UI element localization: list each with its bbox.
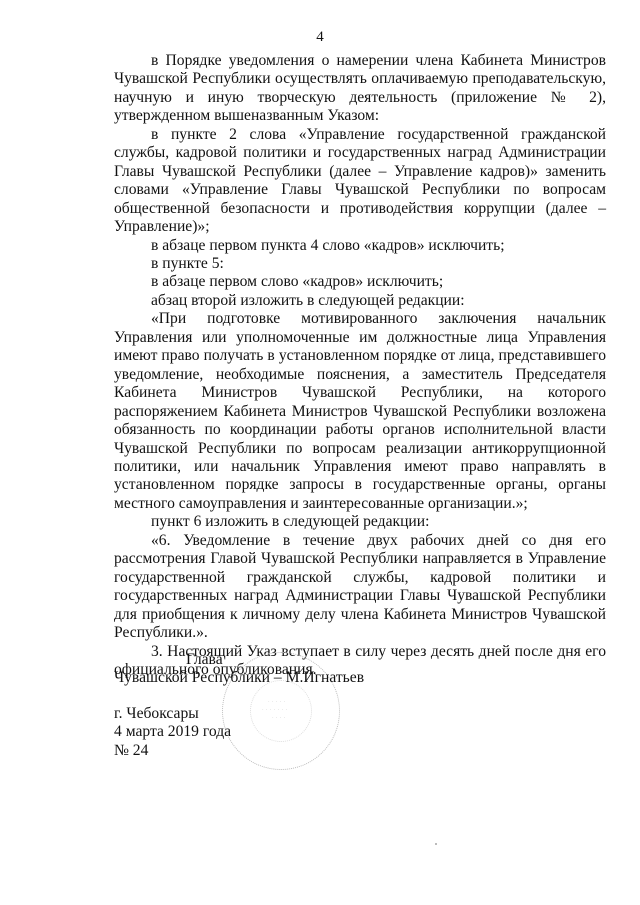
signature-name: Чувашской Республики – М.Игнатьев — [114, 669, 364, 687]
paragraph: пункт 6 изложить в следующей редакции: — [114, 513, 606, 531]
place-date-block: г. Чебоксары 4 марта 2019 года № 24 — [114, 705, 231, 760]
paragraph: в Порядке уведомления о намерении члена … — [114, 52, 606, 126]
paragraph: в абзаце первом слово «кадров» исключить… — [114, 273, 606, 291]
paragraph: «При подготовке мотивированного заключен… — [114, 310, 606, 513]
paragraph: в пункте 5: — [114, 255, 606, 273]
signature-title: Глава — [114, 651, 364, 669]
document-number: № 24 — [114, 742, 231, 760]
date: 4 марта 2019 года — [114, 723, 231, 741]
seal-text-marks: · · · · · — [268, 700, 286, 705]
document-body: в Порядке уведомления о намерении члена … — [114, 52, 606, 679]
signature-block: Глава Чувашской Республики – М.Игнатьев — [114, 651, 364, 688]
city: г. Чебоксары — [114, 705, 231, 723]
paragraph: в абзаце первом пункта 4 слово «кадров» … — [114, 237, 606, 255]
paragraph: в пункте 2 слова «Управление государстве… — [114, 126, 606, 237]
page-number: 4 — [0, 29, 640, 46]
seal-text-marks: · · · · · · · — [262, 708, 288, 713]
scan-speck — [435, 843, 437, 845]
seal-text-marks: · · · · — [272, 716, 286, 721]
paragraph: абзац второй изложить в следующей редакц… — [114, 292, 606, 310]
paragraph: «6. Уведомление в течение двух рабочих д… — [114, 532, 606, 643]
